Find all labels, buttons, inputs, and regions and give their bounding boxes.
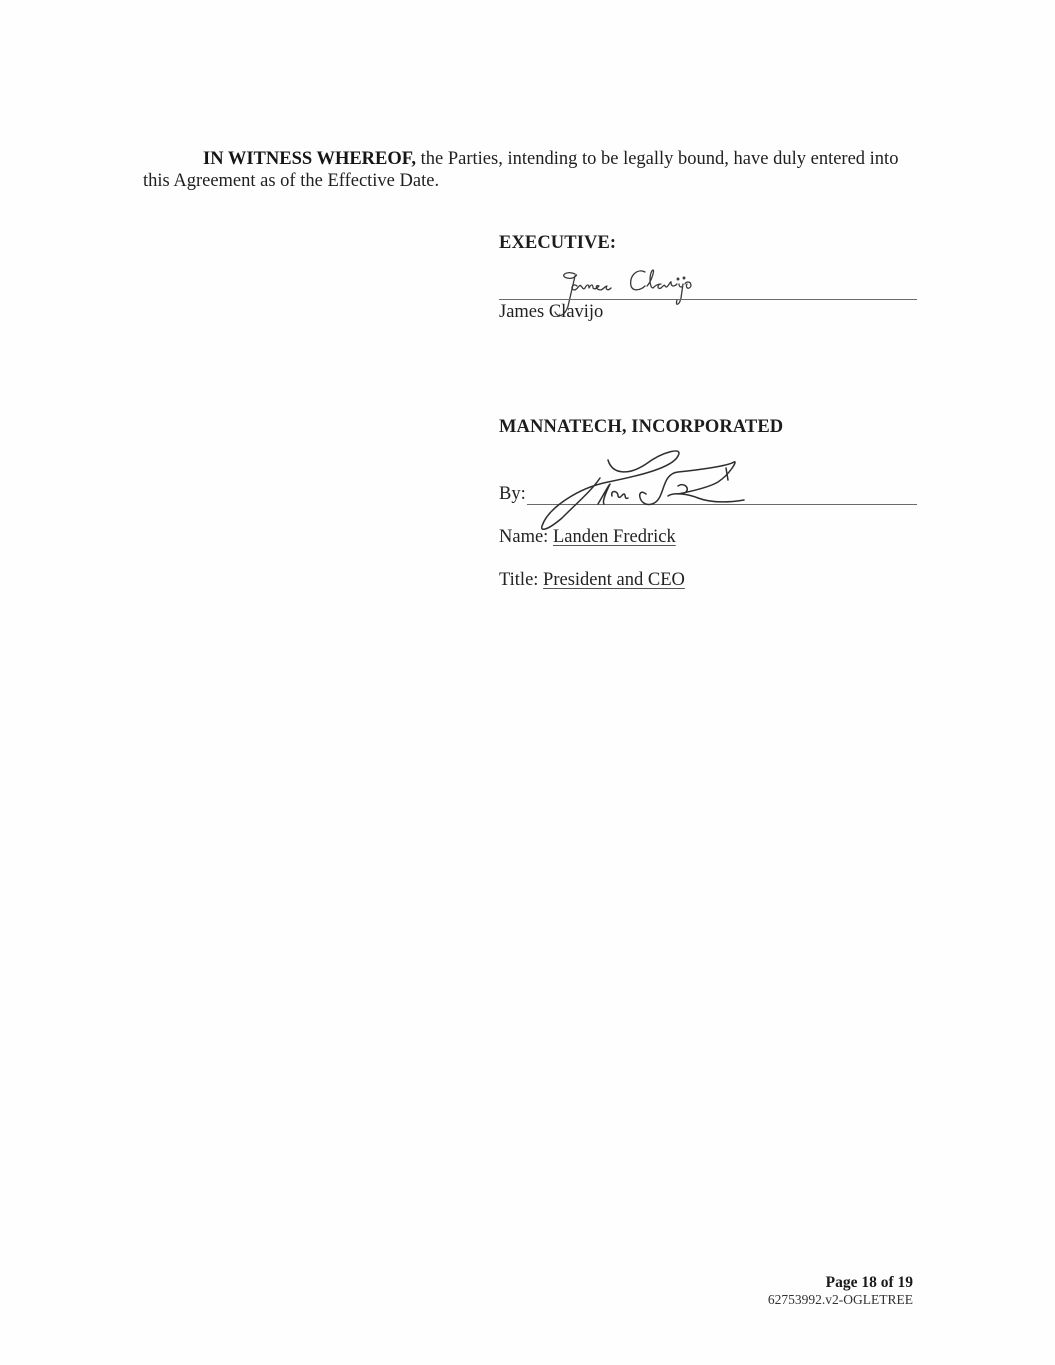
document-id: 62753992.v2-OGLETREE <box>768 1291 913 1308</box>
title-label: Title: <box>499 570 538 590</box>
page-number: Page 18 of 19 <box>768 1274 913 1291</box>
name-label: Name: <box>499 527 548 547</box>
executive-signature-line <box>499 299 917 300</box>
signer-name: Landen Fredrick <box>553 527 676 547</box>
company-signature <box>528 446 768 536</box>
document-page: IN WITNESS WHEREOF, the Parties, intendi… <box>0 0 1055 1365</box>
by-label: By: <box>499 484 526 505</box>
page-footer: Page 18 of 19 62753992.v2-OGLETREE <box>768 1274 913 1308</box>
company-signature-line <box>527 504 917 505</box>
witness-clause: IN WITNESS WHEREOF, the Parties, intendi… <box>143 148 923 192</box>
signer-name-row: Name: Landen Fredrick <box>499 527 676 548</box>
executive-printed-name: James Clavijo <box>499 302 603 323</box>
company-heading: MANNATECH, INCORPORATED <box>499 417 783 438</box>
executive-heading: EXECUTIVE: <box>499 233 616 254</box>
signer-title-row: Title: President and CEO <box>499 570 685 591</box>
witness-clause-lead: IN WITNESS WHEREOF, <box>203 149 416 169</box>
signer-title: President and CEO <box>543 570 685 590</box>
